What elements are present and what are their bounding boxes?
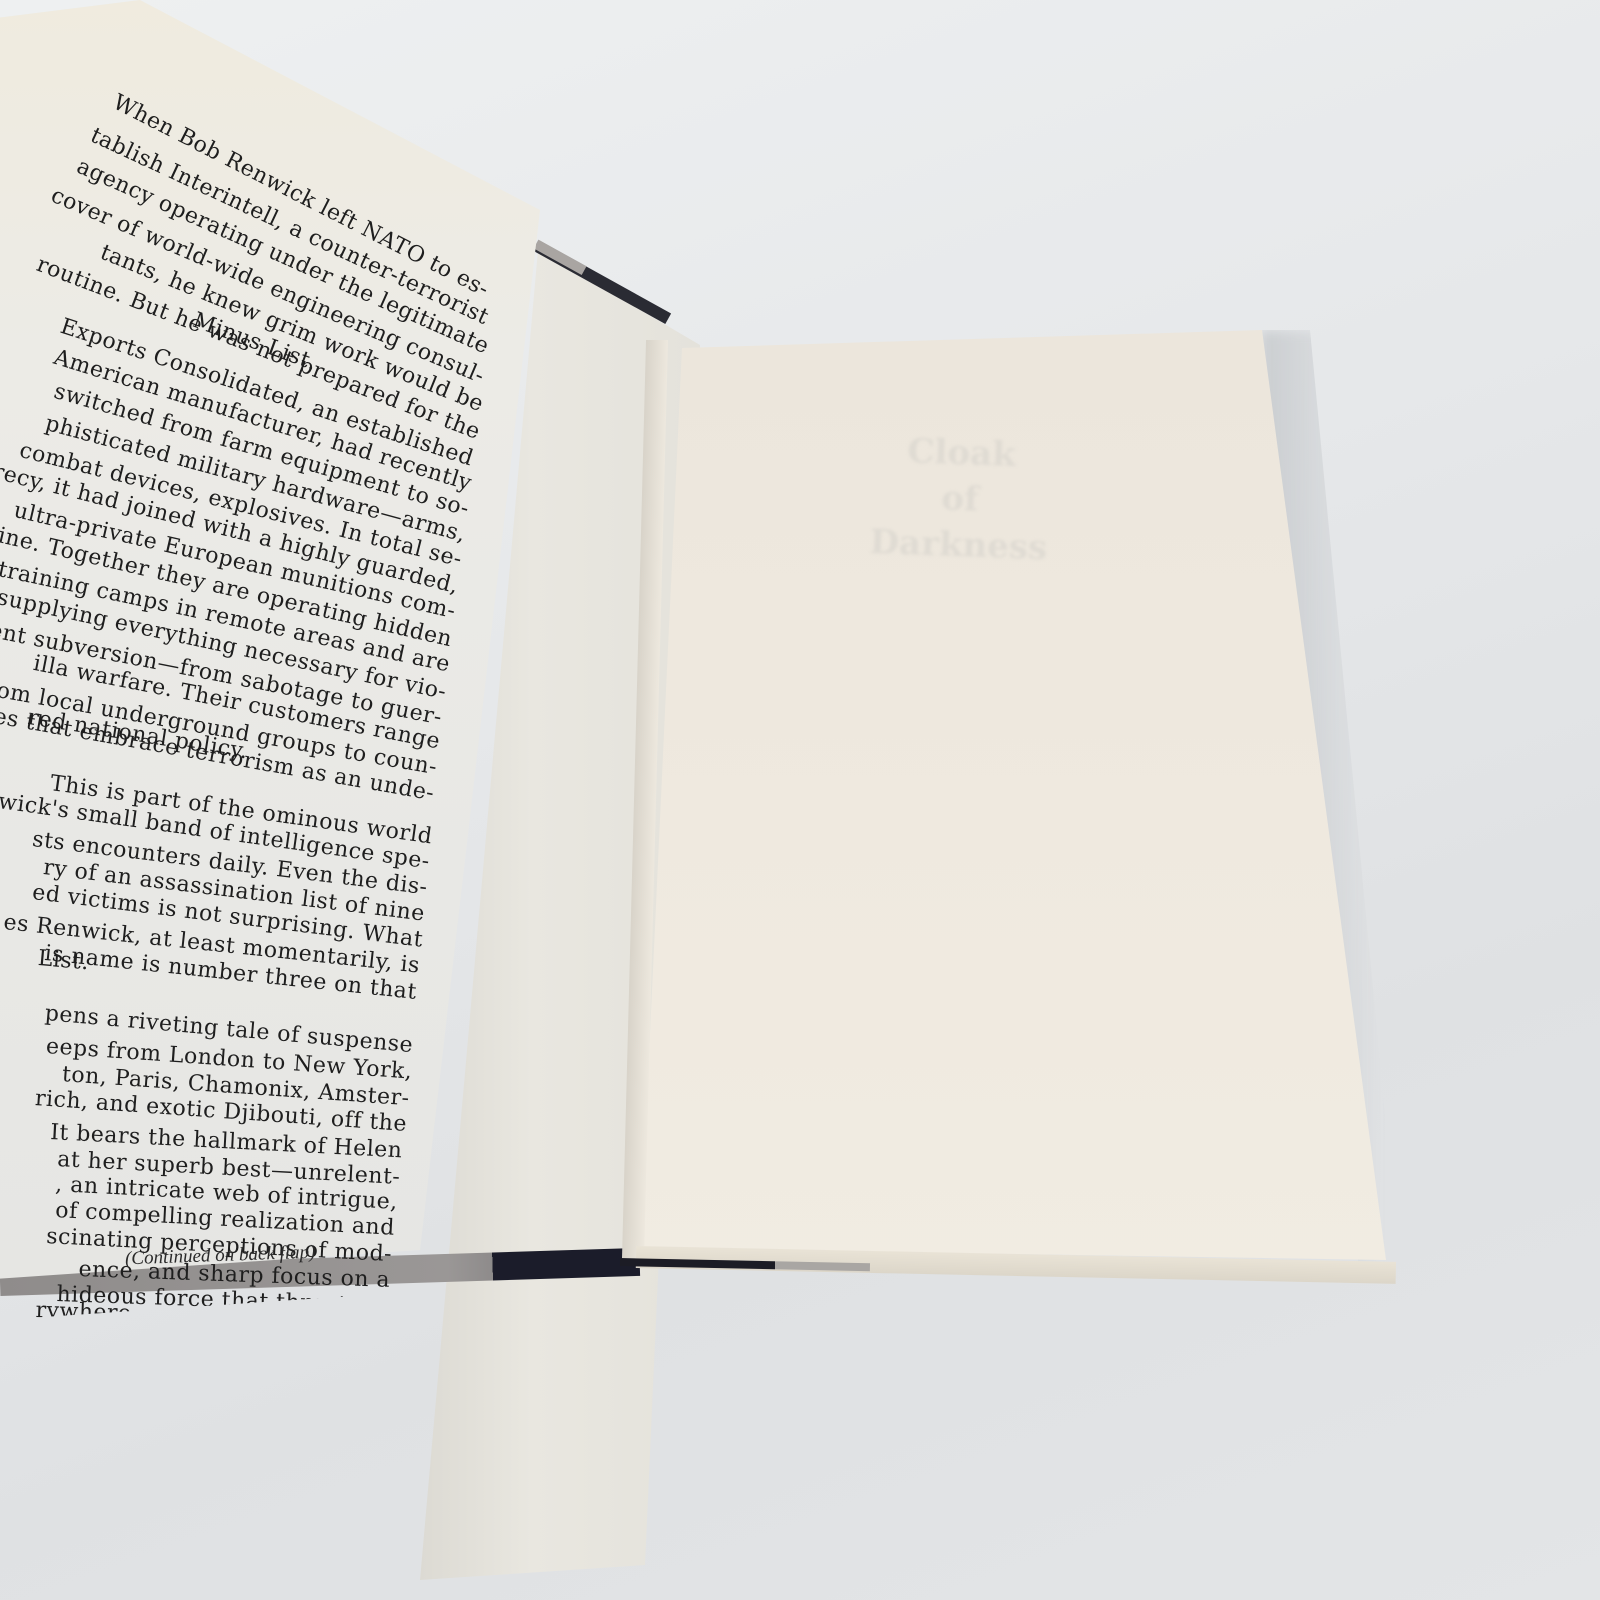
- ghost-title-line: Cloak: [851, 426, 1072, 480]
- photo-scene: Cloak of Darkness When Bob Renwick left …: [0, 0, 1600, 1600]
- ghost-title-line: Darkness: [848, 518, 1069, 572]
- flap-text-line: List.: [37, 946, 90, 975]
- flap-text-line: rywhere.: [35, 1298, 139, 1327]
- flap-text-line: rkness is Helen MacInnes's: [59, 1324, 378, 1355]
- ghost-title-bleedthrough: Cloak of Darkness: [848, 426, 1073, 574]
- ghost-title-line: of: [849, 472, 1070, 526]
- flap-text-line: el. From the ominous start: [64, 1353, 375, 1383]
